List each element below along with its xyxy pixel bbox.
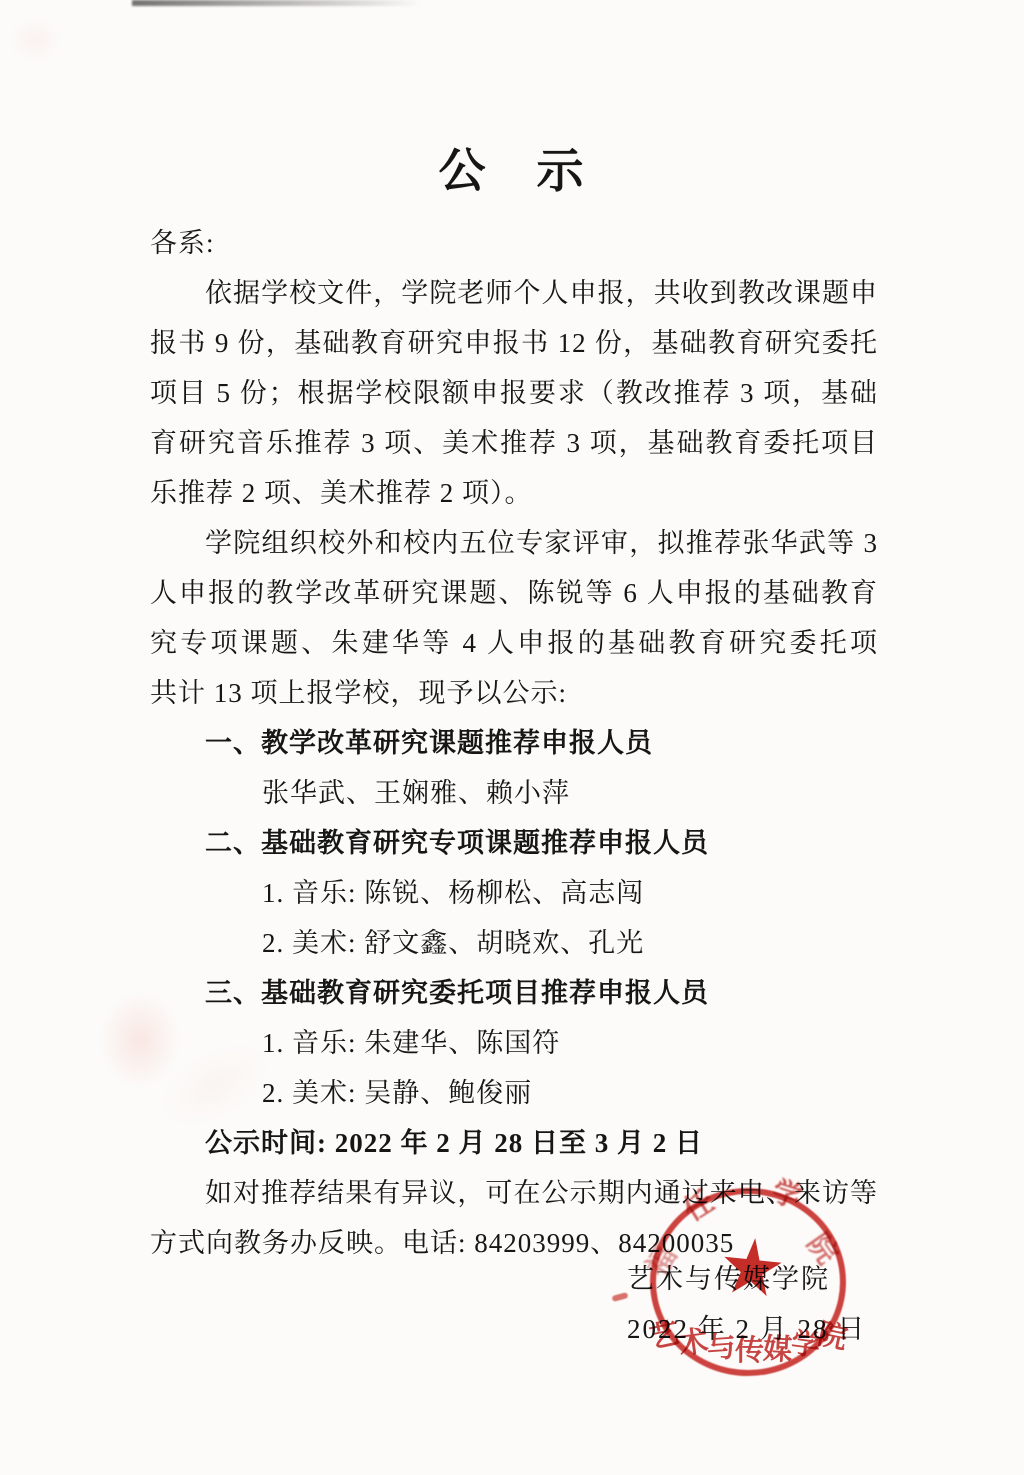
body-line: 2. 美术: 吴静、鲍俊丽 (150, 1068, 878, 1118)
body-line: 共计 13 项上报学校，现予以公示: (150, 668, 878, 718)
body-line: 项目 5 份；根据学校限额申报要求（教改推荐 3 项，基础教 (150, 368, 878, 418)
document-body: 各系: 依据学校文件，学院老师个人申报，共收到教改课题申报书 9 份，基础教育研… (150, 218, 878, 1268)
pink-scan-blot (0, 10, 70, 70)
signature-date: 2022 年 2 月 28 日 (627, 1304, 866, 1354)
public-notice-document: 公 示 各系: 依据学校文件，学院老师个人申报，共收到教改课题申报书 9 份，基… (0, 0, 1024, 1475)
body-line: 育研究音乐推荐 3 项、美术推荐 3 项，基础教育委托项目音 (150, 418, 878, 468)
body-line: 三、基础教育研究委托项目推荐申报人员 (150, 968, 878, 1018)
body-line: 学院组织校外和校内五位专家评审，拟推荐张华武等 3 (150, 518, 878, 568)
body-lines: 依据学校文件，学院老师个人申报，共收到教改课题申报书 9 份，基础教育研究申报书… (150, 268, 878, 1268)
page-title: 公 示 (0, 134, 1024, 201)
body-line: 乐推荐 2 项、美术推荐 2 项）。 (150, 468, 878, 518)
closing-block: 艺术与传媒学院 2022 年 2 月 28 日 (627, 1254, 866, 1354)
body-line: 张华武、王娴雅、赖小萍 (150, 768, 878, 818)
body-line: 二、基础教育研究专项课题推荐申报人员 (150, 818, 878, 868)
red-ink-fleck (611, 1292, 628, 1302)
body-line: 一、教学改革研究课题推荐申报人员 (150, 718, 878, 768)
signature-org: 艺术与传媒学院 (627, 1254, 866, 1304)
body-line: 2. 美术: 舒文鑫、胡晓欢、孔光 (150, 918, 878, 968)
body-line: 人申报的教学改革研究课题、陈锐等 6 人申报的基础教育研 (150, 568, 878, 618)
body-line: 究专项课题、朱建华等 4 人申报的基础教育研究委托项目， (150, 618, 878, 668)
body-line: 依据学校文件，学院老师个人申报，共收到教改课题申 (150, 268, 878, 318)
body-line: 1. 音乐: 朱建华、陈国符 (150, 1018, 878, 1068)
body-line: 1. 音乐: 陈锐、杨柳松、高志闯 (150, 868, 878, 918)
body-line: 报书 9 份，基础教育研究申报书 12 份，基础教育研究委托 (150, 318, 878, 368)
scan-smudge-artifact (132, 0, 422, 6)
salutation: 各系: (150, 218, 878, 268)
body-line: 如对推荐结果有异议，可在公示期内通过来电、来访等 (150, 1168, 878, 1218)
body-line: 公示时间: 2022 年 2 月 28 日至 3 月 2 日 (150, 1118, 878, 1168)
